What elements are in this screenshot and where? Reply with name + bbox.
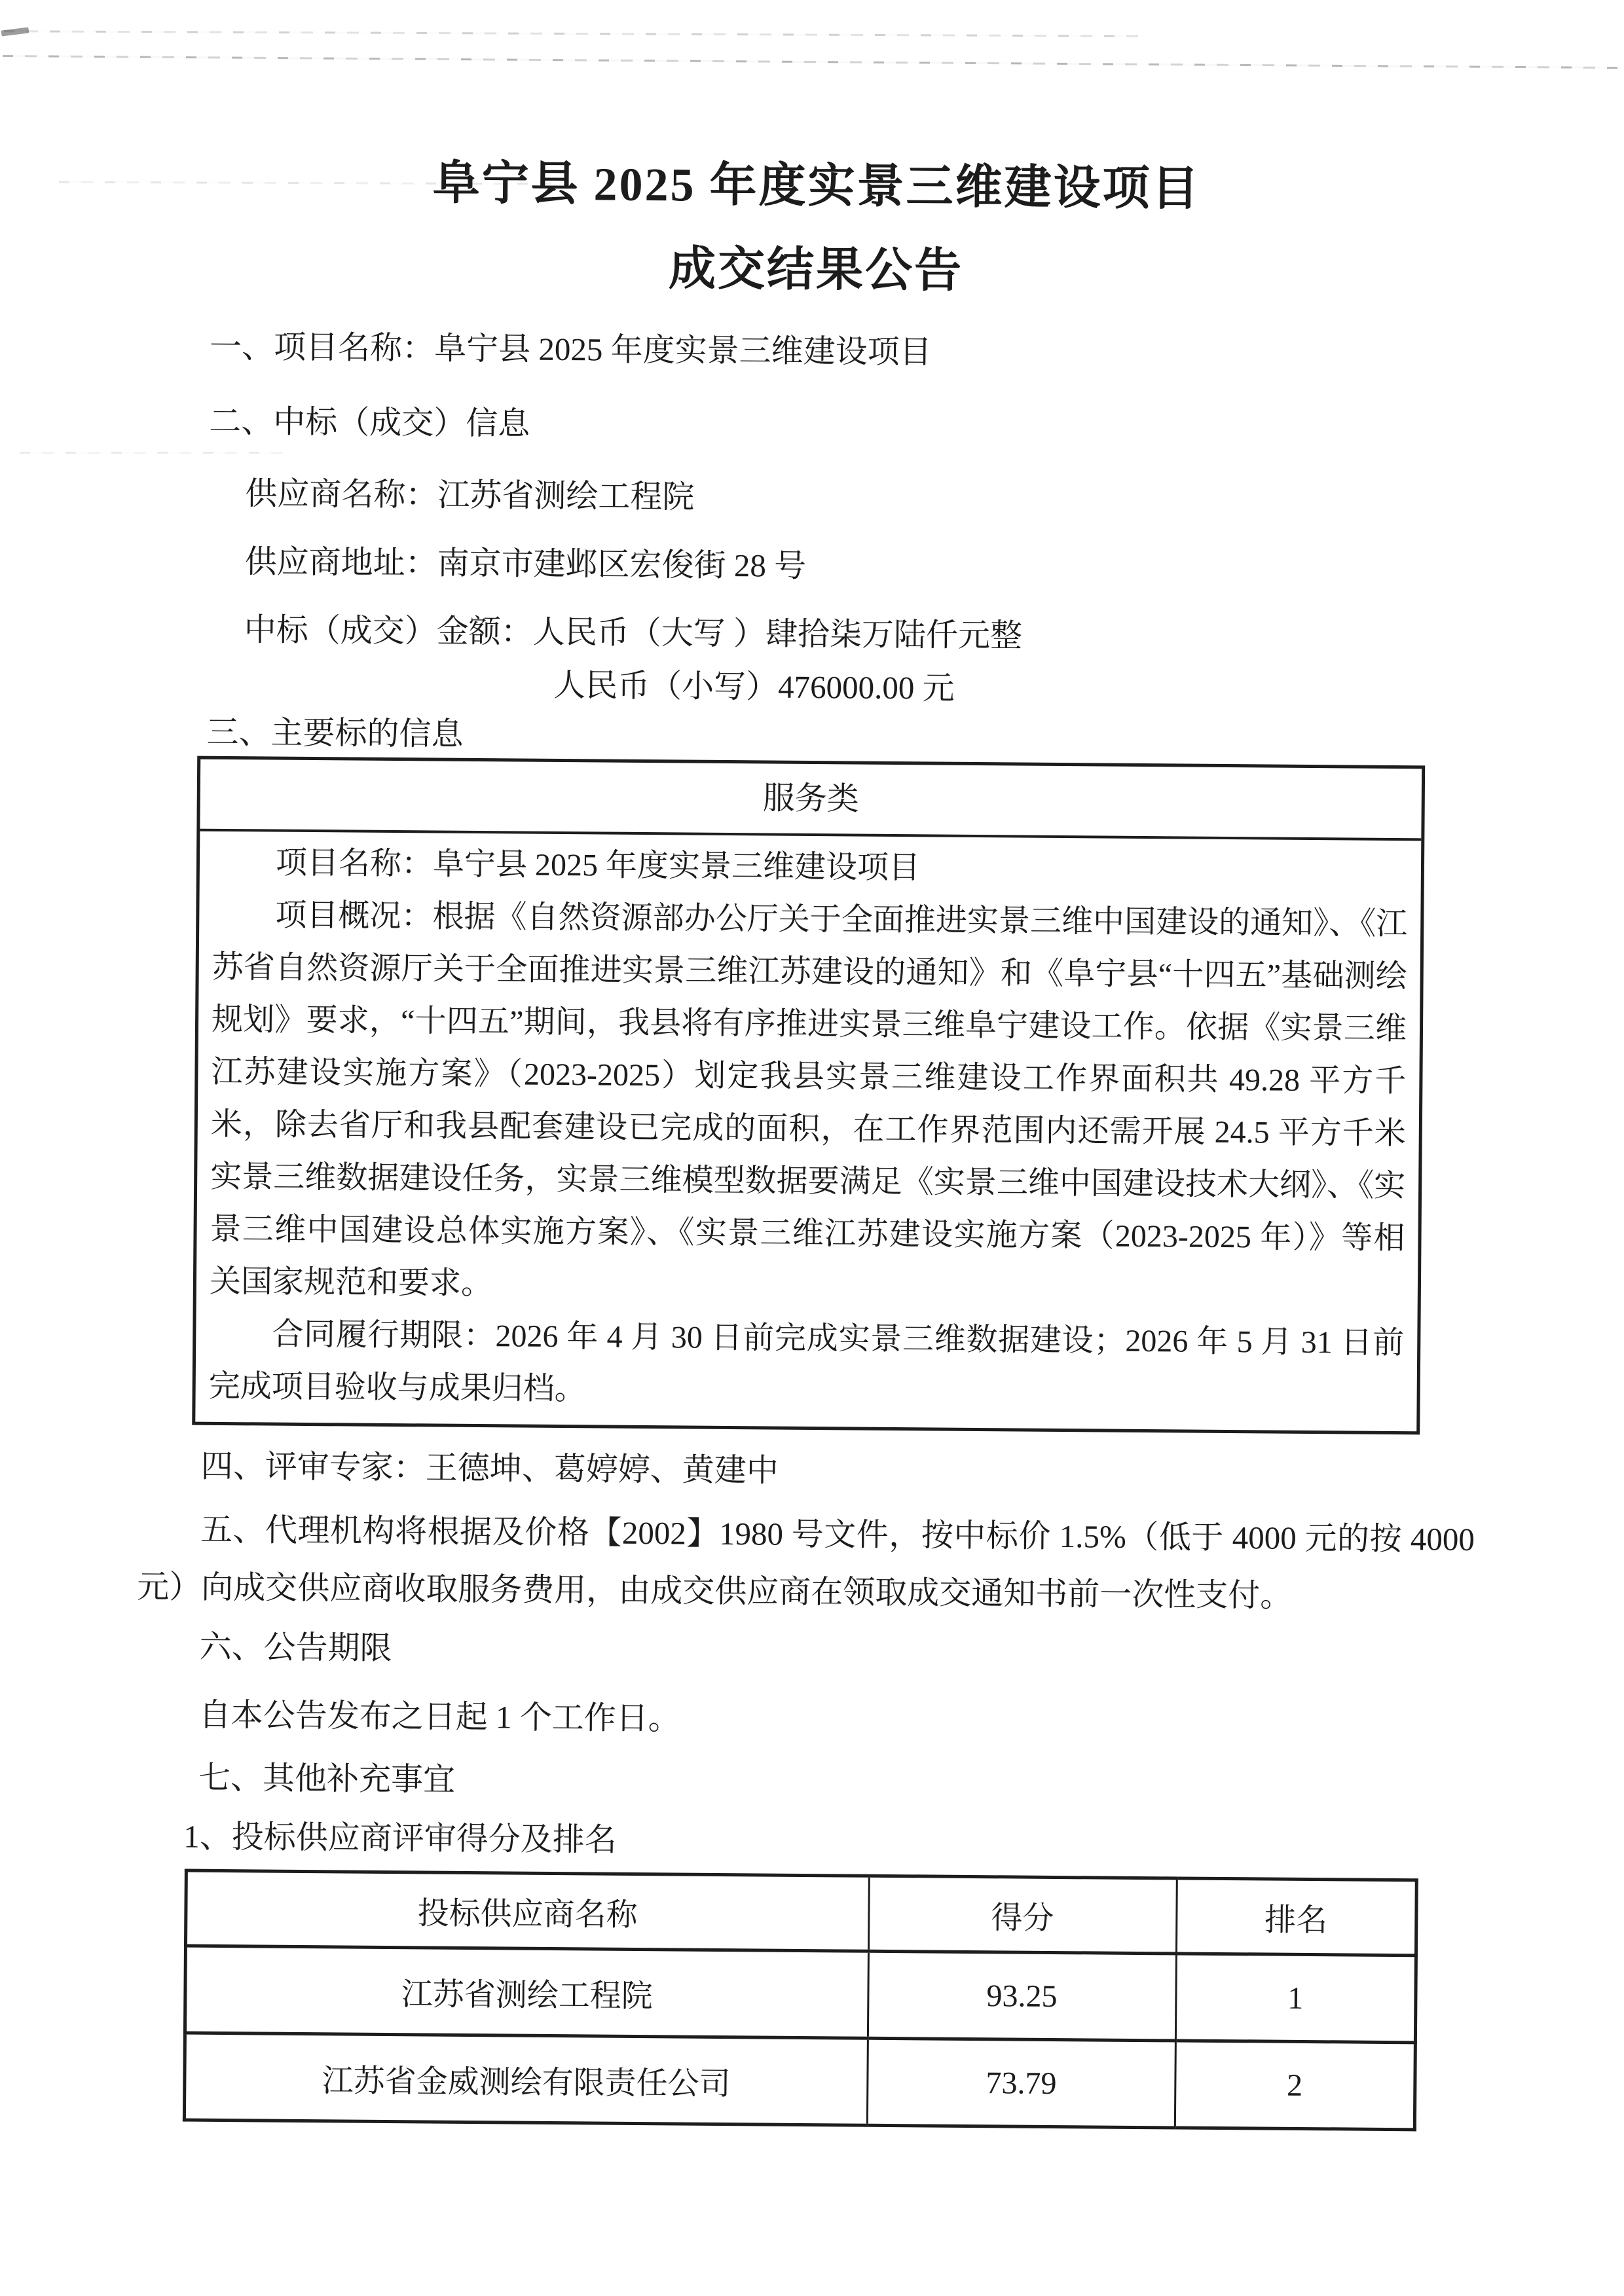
service-category-header: 服务类 xyxy=(200,759,1422,841)
header-score: 得分 xyxy=(868,1876,1177,1954)
supplier-name-line: 供应商名称：江苏省测绘工程院 xyxy=(145,464,1483,533)
document-title-line-1: 阜宁县 2025 年度实景三维建设项目 xyxy=(148,151,1486,221)
box-project-name-line: 项目名称：阜宁县 2025 年度实景三维建设项目 xyxy=(213,837,1409,898)
supplier-score-table: 投标供应商名称 得分 排名 江苏省测绘工程院 93.25 1 江苏省金威测绘有限… xyxy=(183,1869,1418,2132)
score-cell: 93.25 xyxy=(868,1951,1176,2041)
supplier-name-cell: 江苏省金威测绘有限责任公司 xyxy=(184,2033,868,2125)
section-award-info-heading: 二、中标（成交）信息 xyxy=(146,392,1484,461)
rank-cell: 1 xyxy=(1175,1954,1416,2043)
box-contract-period-paragraph: 合同履行期限：2026 年 4 月 30 日前完成实景三维数据建设；2026 年… xyxy=(208,1308,1404,1422)
award-amount-capital-line: 中标（成交）金额：人民币（大写 ）肆拾柒万陆仟元整 xyxy=(144,600,1482,669)
section-agency-fee-paragraph: 五、代理机构将根据及价格【2002】1980 号文件，按中标价 1.5%（低于 … xyxy=(137,1501,1475,1626)
section-experts-line: 四、评审专家：王德坤、葛婷婷、黄建中 xyxy=(138,1436,1475,1506)
service-category-info-box: 服务类 项目名称：阜宁县 2025 年度实景三维建设项目 项目概况：根据《自然资… xyxy=(192,756,1425,1435)
supplier-address-line: 供应商地址：南京市建邺区宏俊街 28 号 xyxy=(145,532,1483,601)
document-title-line-2: 成交结果公告 xyxy=(147,234,1485,305)
table-row: 江苏省测绘工程院 93.25 1 xyxy=(185,1946,1416,2043)
section-notice-period-heading: 六、公告期限 xyxy=(136,1617,1474,1686)
notice-period-body-line: 自本公告发布之日起 1 个工作日。 xyxy=(136,1685,1473,1755)
section-project-name: 一、项目名称：阜宁县 2025 年度实景三维建设项目 xyxy=(147,317,1485,386)
award-amount-numeric-line: 人民币（小写）476000.00 元 xyxy=(144,660,1481,715)
ranking-list-heading: 1、投标供应商评审得分及排名 xyxy=(135,1807,1473,1876)
box-project-overview-paragraph: 项目概况：根据《自然资源部办公厅关于全面推进实景三维中国建设的通知》、《江苏省自… xyxy=(210,889,1408,1317)
scanned-document-page: 阜宁县 2025 年度实景三维建设项目 成交结果公告 一、项目名称：阜宁县 20… xyxy=(0,0,1624,2296)
service-category-body: 项目名称：阜宁县 2025 年度实景三维建设项目 项目概况：根据《自然资源部办公… xyxy=(195,831,1421,1432)
document-content: 阜宁县 2025 年度实景三维建设项目 成交结果公告 一、项目名称：阜宁县 20… xyxy=(0,0,1624,2133)
section-other-matters-heading: 七、其他补充事宜 xyxy=(136,1748,1473,1817)
table-row: 江苏省金威测绘有限责任公司 73.79 2 xyxy=(184,2033,1415,2130)
header-rank: 排名 xyxy=(1176,1878,1416,1956)
rank-cell: 2 xyxy=(1175,2041,1415,2130)
supplier-name-cell: 江苏省测绘工程院 xyxy=(185,1946,868,2038)
header-supplier-name: 投标供应商名称 xyxy=(185,1870,868,1951)
table-header-row: 投标供应商名称 得分 排名 xyxy=(185,1870,1416,1956)
score-cell: 73.79 xyxy=(867,2038,1175,2128)
